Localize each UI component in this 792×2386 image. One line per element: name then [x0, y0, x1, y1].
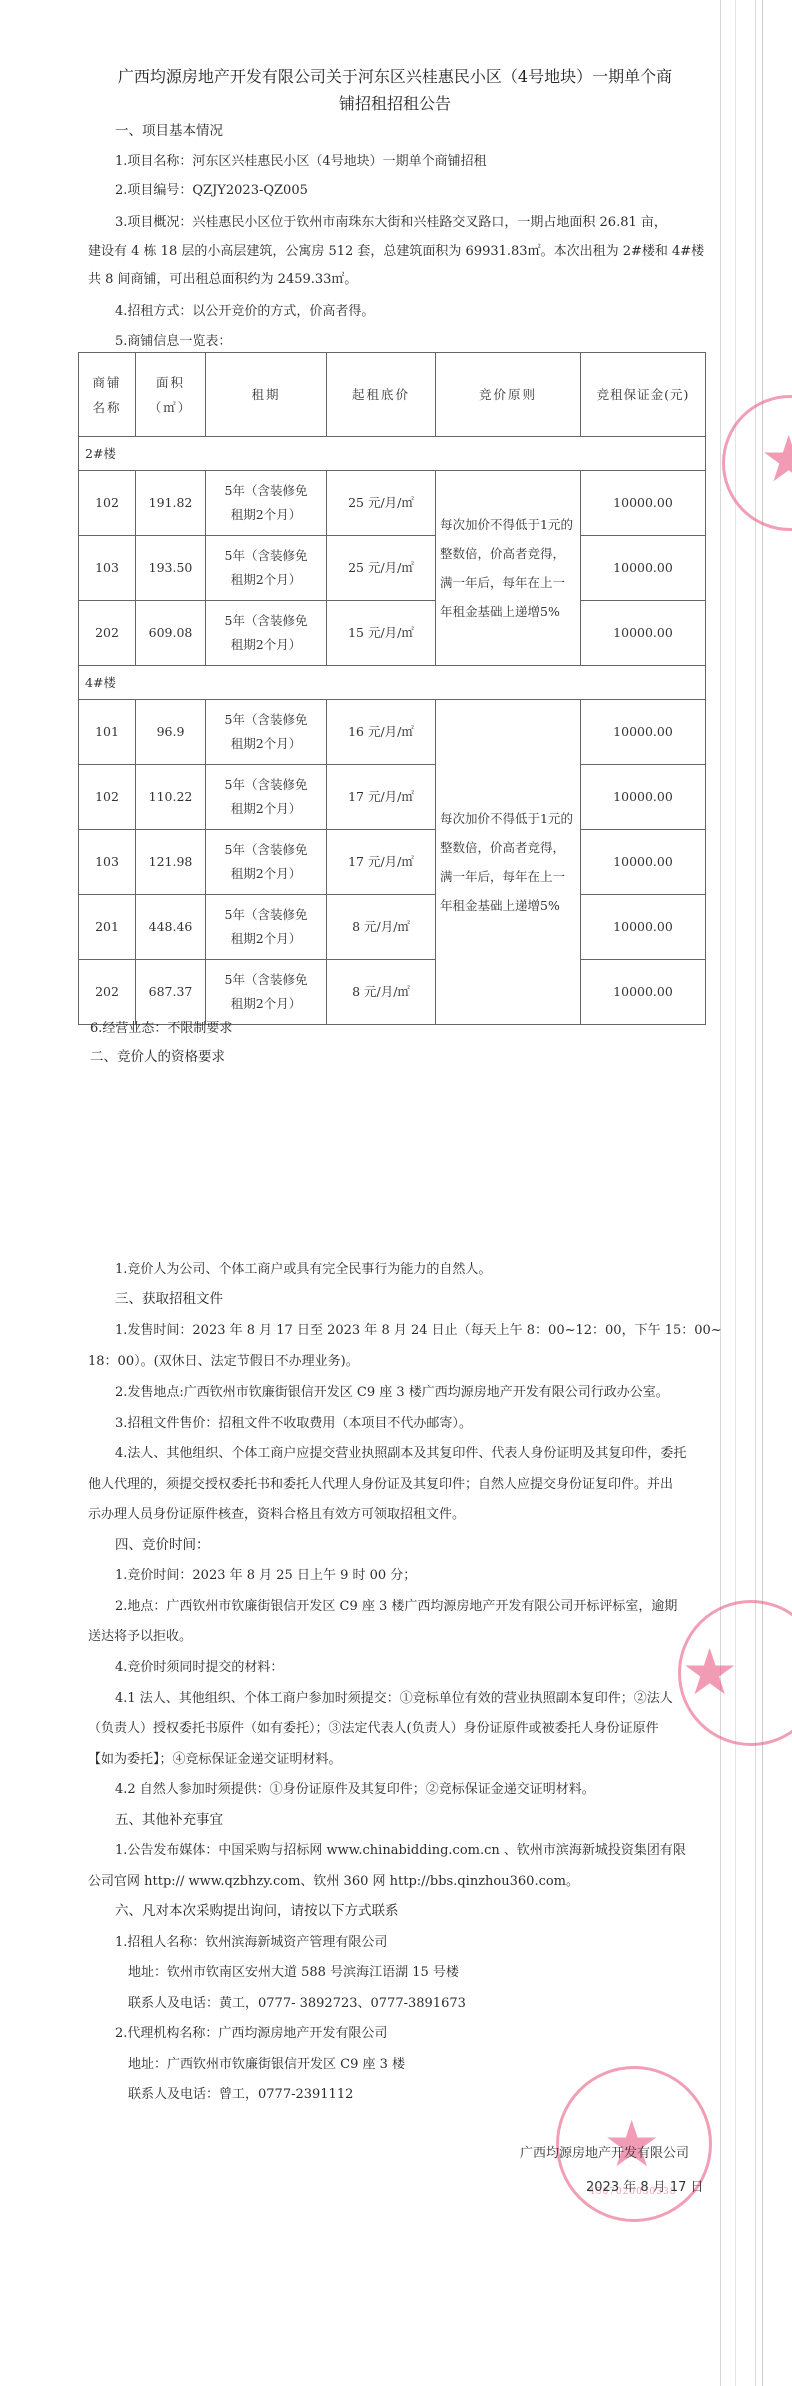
title-line-1: 广西均源房地产开发有限公司关于河东区兴桂惠民小区（4号地块）一期单个商: [80, 62, 710, 92]
qualification-item-1: 1.竞价人为公司、个体工商户或具有完全民事行为能力的自然人。: [115, 1262, 491, 1277]
bidding-time: 1.竞价时间：2023 年 8 月 25 日上午 9 时 00 分；: [115, 1568, 416, 1583]
materials-42: 4.2 自然人参加时须提供：①身份证原件及其复印件；②竞标保证金递交证明材料。: [115, 1782, 595, 1797]
cell-shop: 202: [79, 601, 136, 666]
bidding-time-heading: 四、竞价时间：: [115, 1538, 210, 1553]
cell-deposit: 10000.00: [581, 765, 706, 830]
header-term: 租期: [206, 353, 327, 437]
cell-shop: 102: [79, 471, 136, 536]
cell-term: 5年（含装修免租期2个月）: [206, 601, 327, 666]
doc-requirements-3: 示办理人员身份证原件核查，资料合格且有效方可领取招租文件。: [88, 1507, 465, 1522]
cell-area: 687.37: [136, 960, 206, 1025]
header-price: 起租底价: [327, 353, 436, 437]
obtain-docs-heading: 三、获取招租文件: [115, 1292, 223, 1307]
media-1: 1.公告发布媒体：中国采购与招标网 www.chinabidding.com.c…: [115, 1843, 686, 1858]
cell-price: 8 元/月/㎡: [327, 960, 436, 1025]
lessor-address: 地址：钦州市钦南区安州大道 588 号滨海江语湖 15 号楼: [128, 1965, 459, 1980]
cell-shop: 103: [79, 536, 136, 601]
table-row: 201 448.46 5年（含装修免租期2个月） 8 元/月/㎡ 10000.0…: [79, 895, 706, 960]
business-type: 6.经营业态：不限制要求: [90, 1021, 232, 1036]
cell-area: 609.08: [136, 601, 206, 666]
doc-requirements-2: 他人代理的，须提交授权委托书和委托人代理人身份证及其复印件；自然人应提交身份证复…: [88, 1477, 673, 1492]
cell-term: 5年（含装修免租期2个月）: [206, 471, 327, 536]
table-row: 103 193.50 5年（含装修免租期2个月） 25 元/月/㎡ 10000.…: [79, 536, 706, 601]
cell-term: 5年（含装修免租期2个月）: [206, 700, 327, 765]
cell-term: 5年（含装修免租期2个月）: [206, 895, 327, 960]
overview-2: 建设有 4 栋 18 层的小高层建筑，公寓房 512 套，总建筑面积为 6993…: [88, 244, 704, 259]
lessor-name: 1.招租人名称：钦州滨海新城资产管理有限公司: [115, 1935, 387, 1950]
header-rule: 竞价原则: [436, 353, 581, 437]
cell-area: 193.50: [136, 536, 206, 601]
cell-area: 96.9: [136, 700, 206, 765]
cell-area: 110.22: [136, 765, 206, 830]
lessor-contact: 联系人及电话：黄工，0777- 3892723、0777-3891673: [128, 1996, 466, 2011]
doc-price: 3.招租文件售价：招租文件不收取费用（本项目不代办邮寄）。: [115, 1416, 472, 1431]
cell-price: 25 元/月/㎡: [327, 536, 436, 601]
materials-41-3: 【如为委托】；④竞标保证金递交证明材料。: [88, 1752, 342, 1767]
sale-time-1: 1.发售时间：2023 年 8 月 17 日至 2023 年 8 月 24 日止…: [115, 1323, 722, 1338]
overview-3: 共 8 间商铺，可出租总面积约为 2459.33㎡。: [88, 272, 357, 287]
seal-star-icon: ★: [681, 1641, 738, 1705]
table-header-row: 商铺名称 面积（㎡） 租期 起租底价 竞价原则 竞租保证金(元): [79, 353, 706, 437]
sale-location: 2.发售地点:广西钦州市钦廉街银信开发区 C9 座 3 楼广西均源房地产开发有限…: [115, 1385, 669, 1400]
cell-shop: 202: [79, 960, 136, 1025]
media-2: 公司官网 http:// www.qzbhzy.com、钦州 360 网 htt…: [88, 1874, 579, 1889]
group-label: 2#楼: [79, 437, 706, 471]
cell-price: 15 元/月/㎡: [327, 601, 436, 666]
table-row: 101 96.9 5年（含装修免租期2个月） 16 元/月/㎡ 每次加价不得低于…: [79, 700, 706, 765]
cell-bid-rule: 每次加价不得低于1元的整数倍，价高者竞得，满一年后，每年在上一年租金基础上递增5…: [436, 471, 581, 666]
supplement-heading: 五、其他补充事宜: [115, 1813, 223, 1828]
cell-deposit: 10000.00: [581, 536, 706, 601]
page-edge-line: [735, 0, 736, 2386]
cell-shop: 201: [79, 895, 136, 960]
leasing-method: 4.招租方式：以公开竞价的方式，价高者得。: [115, 304, 374, 319]
cell-price: 16 元/月/㎡: [327, 700, 436, 765]
agency-name: 2.代理机构名称：广西均源房地产开发有限公司: [115, 2026, 387, 2041]
seal-star-icon: ★: [760, 428, 792, 492]
cell-price: 8 元/月/㎡: [327, 895, 436, 960]
cell-deposit: 10000.00: [581, 895, 706, 960]
cell-shop: 103: [79, 830, 136, 895]
cell-deposit: 10000.00: [581, 830, 706, 895]
materials-41-2: （负责人）授权委托书原件（如有委托）；③法定代表人(负责人）身份证原件或被委托人…: [88, 1721, 659, 1736]
cell-term: 5年（含装修免租期2个月）: [206, 536, 327, 601]
group-label: 4#楼: [79, 666, 706, 700]
overview-1: 3.项目概况：兴桂惠民小区位于钦州市南珠东大街和兴桂路交叉路口，一期占地面积 2…: [115, 215, 667, 230]
basic-info-project-number: 2.项目编号：QZJY2023-QZ005: [115, 183, 308, 198]
agency-contact: 联系人及电话：曾工，0777-2391112: [128, 2087, 353, 2102]
cell-deposit: 10000.00: [581, 960, 706, 1025]
cell-term: 5年（含装修免租期2个月）: [206, 830, 327, 895]
cell-price: 17 元/月/㎡: [327, 765, 436, 830]
cell-price: 17 元/月/㎡: [327, 830, 436, 895]
table-row: 103 121.98 5年（含装修免租期2个月） 17 元/月/㎡ 10000.…: [79, 830, 706, 895]
contact-heading: 六、凡对本次采购提出询问，请按以下方式联系: [115, 1904, 399, 1919]
shop-info-table: 商铺名称 面积（㎡） 租期 起租底价 竞价原则 竞租保证金(元) 2#楼 102…: [78, 352, 706, 1025]
basic-info-project-name: 1.项目名称：河东区兴桂惠民小区（4号地块）一期单个商铺招租: [115, 154, 487, 169]
materials-heading: 4.竞价时须同时提交的材料：: [115, 1660, 283, 1675]
header-deposit: 竞租保证金(元): [581, 353, 706, 437]
cell-term: 5年（含装修免租期2个月）: [206, 765, 327, 830]
cell-bid-rule: 每次加价不得低于1元的整数倍，价高者竞得，满一年后，每年在上一年租金基础上递增5…: [436, 700, 581, 1025]
page-edge-line: [755, 0, 756, 2386]
table-row: 202 687.37 5年（含装修免租期2个月） 8 元/月/㎡ 10000.0…: [79, 960, 706, 1025]
table-row: 202 609.08 5年（含装修免租期2个月） 15 元/月/㎡ 10000.…: [79, 601, 706, 666]
cell-area: 121.98: [136, 830, 206, 895]
company-seal-page1: ★: [722, 395, 792, 531]
signature-company: 广西均源房地产开发有限公司: [520, 2142, 689, 2161]
cell-deposit: 10000.00: [581, 601, 706, 666]
table-row: 102 191.82 5年（含装修免租期2个月） 25 元/月/㎡ 每次加价不得…: [79, 471, 706, 536]
bidding-location-1: 2.地点：广西钦州市钦廉街银信开发区 C9 座 3 楼广西均源房地产开发有限公司…: [115, 1599, 677, 1614]
group-row-building-4: 4#楼: [79, 666, 706, 700]
cell-area: 448.46: [136, 895, 206, 960]
title-line-2: 铺招租招租公告: [80, 89, 710, 119]
doc-requirements-1: 4.法人、其他组织、个体工商户应提交营业执照副本及其复印件、代表人身份证明及其复…: [115, 1446, 686, 1461]
basic-info-heading: 一、项目基本情况: [115, 124, 223, 139]
cell-area: 191.82: [136, 471, 206, 536]
bidding-location-2: 送达将予以拒收。: [88, 1629, 192, 1644]
cell-price: 25 元/月/㎡: [327, 471, 436, 536]
materials-41-1: 4.1 法人、其他组织、个体工商户参加时须提交：①竞标单位有效的营业执照副本复印…: [115, 1691, 673, 1706]
sale-time-2: 18：00）。(双休日、法定节假日不办理业务)。: [88, 1354, 359, 1369]
cell-shop: 101: [79, 700, 136, 765]
table-row: 102 110.22 5年（含装修免租期2个月） 17 元/月/㎡ 10000.…: [79, 765, 706, 830]
qualification-heading: 二、竞价人的资格要求: [90, 1050, 225, 1065]
cell-deposit: 10000.00: [581, 700, 706, 765]
agency-address: 地址：广西钦州市钦廉街银信开发区 C9 座 3 楼: [128, 2057, 405, 2072]
page-edge-line: [762, 0, 763, 2386]
header-shop-name: 商铺名称: [79, 353, 136, 437]
company-seal-side: ★: [678, 1600, 792, 1746]
page-edge-line: [720, 0, 721, 2386]
header-area: 面积（㎡）: [136, 353, 206, 437]
cell-shop: 102: [79, 765, 136, 830]
cell-term: 5年（含装修免租期2个月）: [206, 960, 327, 1025]
cell-deposit: 10000.00: [581, 471, 706, 536]
group-row-building-2: 2#楼: [79, 437, 706, 471]
shop-table-caption: 5.商铺信息一览表：: [115, 334, 231, 349]
signature-date: 2023 年 8 月 17 日: [586, 2176, 704, 2195]
